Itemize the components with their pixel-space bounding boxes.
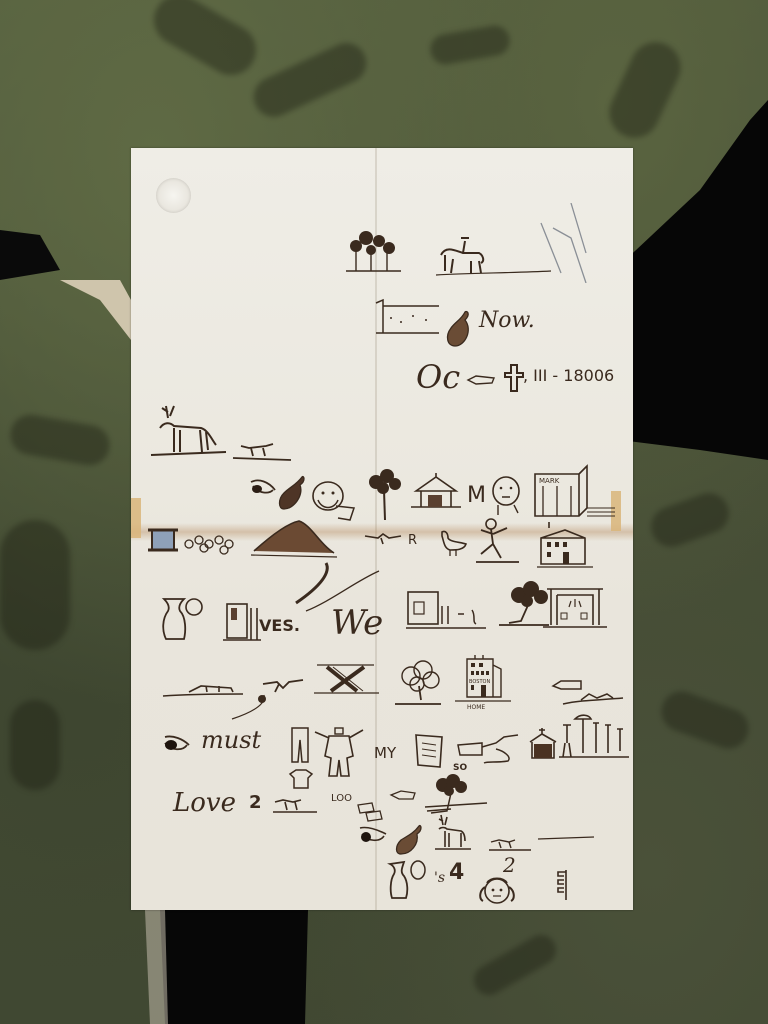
deer-icon (431, 813, 473, 855)
house-icon (535, 522, 595, 570)
comma-flourish (226, 693, 271, 723)
possessive-s: 's (434, 870, 445, 886)
word-so: SO (453, 763, 467, 773)
number-four: 4 (449, 860, 464, 885)
market-building-icon: MARK (529, 464, 619, 519)
building-icon: BOSTON HOME (453, 653, 515, 715)
spool-icon (146, 526, 181, 554)
word-oc: Oc (416, 358, 460, 396)
ham-icon (443, 308, 473, 350)
face-icon (486, 473, 526, 518)
small-animal-icon (489, 836, 534, 852)
doorway-icon (221, 600, 261, 642)
eye-icon (358, 824, 388, 848)
number-two: 2 (249, 792, 262, 813)
horse-rider-icon (431, 233, 556, 278)
small-animal-icon (231, 438, 296, 463)
letter-r: R (408, 533, 417, 548)
pitcher-icon (386, 858, 434, 900)
shirt-icon (290, 770, 312, 788)
pointing-hand-icon (389, 789, 417, 803)
pointing-hand-icon (466, 373, 496, 387)
tree-icon (393, 660, 445, 710)
date-text: , III - 18006 (523, 366, 614, 385)
home-label: HOME (467, 704, 485, 711)
pitcher-icon (156, 595, 216, 643)
tape-left (131, 498, 141, 538)
bird-icon (363, 530, 403, 546)
fence-wall-icon (371, 298, 441, 338)
girl-face-icon (475, 873, 520, 908)
rebus-letter-paper: Now. Oc , III - 18006 M (131, 148, 633, 910)
small-animal-icon (273, 796, 318, 814)
tree-icon (361, 468, 406, 523)
x-letter-icon (309, 661, 384, 696)
church-icon (526, 726, 561, 761)
word-loo: LOO (331, 793, 352, 804)
running-man-icon (471, 516, 521, 566)
card-icon (356, 801, 384, 823)
pebbles-icon (179, 528, 244, 556)
cross-icon (503, 363, 525, 393)
word-love: Love (173, 788, 236, 818)
underline-stroke (536, 833, 596, 843)
people-icon (559, 713, 631, 763)
boat-icon (561, 688, 626, 708)
word-now: Now. (479, 308, 535, 333)
word-must: must (201, 726, 261, 754)
figure-icon (313, 726, 368, 781)
embossed-seal-icon (156, 178, 191, 213)
letter-m: M (467, 483, 486, 508)
deer-icon (146, 400, 231, 460)
word-ves: VES. (259, 616, 300, 635)
hill-icon (249, 513, 339, 563)
boston-sign: BOSTON (469, 679, 490, 685)
eye-icon (161, 733, 191, 755)
key-icon (554, 868, 572, 902)
tree-icon (421, 773, 491, 818)
ham-icon (276, 473, 306, 513)
word-we: We (331, 603, 383, 643)
mark-sign: MARK (539, 477, 560, 485)
fireplace-icon (543, 585, 608, 635)
trees-icon (341, 226, 406, 276)
trousers-icon (286, 726, 316, 796)
ham-icon (393, 822, 425, 856)
eye-icon (249, 476, 277, 498)
goose-icon (436, 528, 471, 558)
scene-icon (406, 588, 491, 633)
hut-icon (411, 473, 461, 511)
paper-icon (414, 733, 446, 769)
bird-icon (261, 676, 306, 696)
word-my: MY (374, 744, 396, 762)
